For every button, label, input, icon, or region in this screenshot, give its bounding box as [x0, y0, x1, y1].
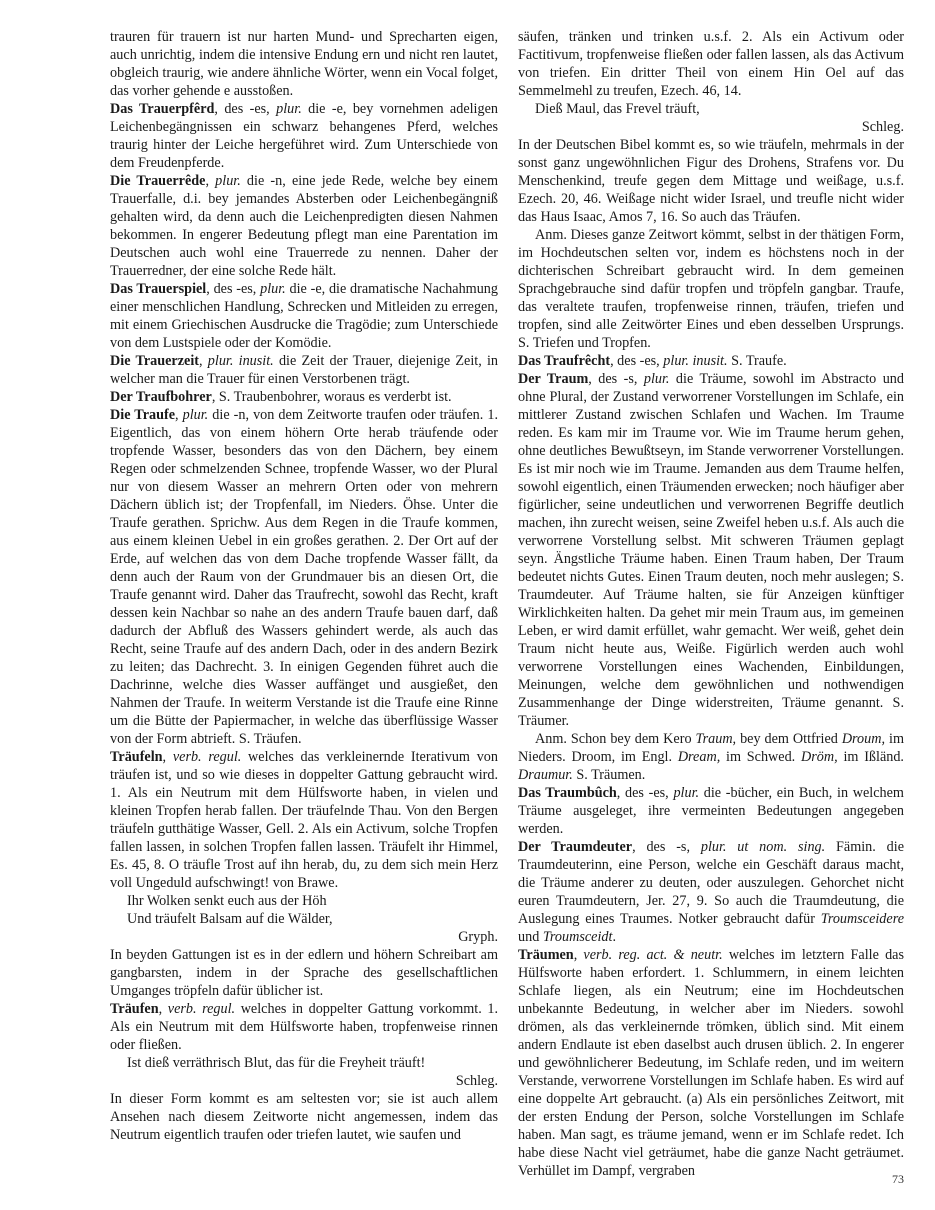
headword: Das Trauerpfêrd: [110, 101, 214, 117]
grammar-note: verb. regul.: [173, 749, 241, 765]
grammar-note: plur.: [260, 281, 286, 297]
verse-line: Und träufelt Balsam auf die Wälder,: [110, 910, 498, 928]
headword: Die Trauerzeit: [110, 353, 199, 369]
paragraph: In dieser Form kommt es am seltesten vor…: [110, 1090, 498, 1144]
headword: Der Traumdeuter: [518, 839, 632, 855]
left-column: trauren für trauern ist nur harten Mund-…: [110, 28, 498, 1144]
verse-attribution: Schleg.: [110, 1072, 498, 1090]
headword: Träumen: [518, 947, 574, 963]
grammar-note: verb. reg. act. & neutr.: [583, 947, 722, 963]
grammar-note: plur. inusit.: [208, 353, 274, 369]
headword: Die Trauerrêde: [110, 173, 205, 189]
entry-trauerzeit: Die Trauerzeit, plur. inusit. die Zeit d…: [110, 352, 498, 388]
headword: Träufeln: [110, 749, 163, 765]
headword: Das Traumbûch: [518, 785, 617, 801]
headword: Der Traufbohrer: [110, 389, 212, 405]
headword: Träufen: [110, 1001, 159, 1017]
continuation-paragraph: trauren für trauern ist nur harten Mund-…: [110, 28, 498, 100]
entry-traufrecht: Das Traufrêcht, des -es, plur. inusit. S…: [518, 352, 904, 370]
continuation-paragraph: säufen, tränken und trinken u.s.f. 2. Al…: [518, 28, 904, 100]
grammar-note: plur.: [276, 101, 302, 117]
entry-traeumen: Träumen, verb. reg. act. & neutr. welche…: [518, 946, 904, 1180]
paragraph: In der Deutschen Bibel kommt es, so wie …: [518, 136, 904, 226]
page-number: 73: [892, 1170, 904, 1188]
annotation-paragraph: Anm. Dieses ganze Zeitwort kömmt, selbst…: [518, 226, 904, 352]
verse-attribution: Gryph.: [110, 928, 498, 946]
grammar-note: plur.: [183, 407, 209, 423]
annotation-paragraph: Anm. Schon bey dem Kero Traum, bey dem O…: [518, 730, 904, 784]
headword: Die Traufe: [110, 407, 175, 423]
entry-traumdeuter: Der Traumdeuter, des -s, plur. ut nom. s…: [518, 838, 904, 946]
entry-traeufen: Träufen, verb. regul. welches in doppelt…: [110, 1000, 498, 1054]
verse-attribution: Schleg.: [518, 118, 904, 136]
headword: Das Traufrêcht: [518, 353, 610, 369]
verse-line: Dieß Maul, das Frevel träuft,: [518, 100, 904, 118]
entry-trauerpferd: Das Trauerpfêrd, des -es, plur. die -e, …: [110, 100, 498, 172]
entry-traufbohrer: Der Traufbohrer, S. Traubenbohrer, worau…: [110, 388, 498, 406]
verse-line: Ihr Wolken senkt euch aus der Höh: [110, 892, 498, 910]
headword: Das Trauerspiel: [110, 281, 206, 297]
entry-traufe: Die Traufe, plur. die -n, von dem Zeitwo…: [110, 406, 498, 748]
verse-line: Ist dieß verräthrisch Blut, das für die …: [110, 1054, 498, 1072]
grammar-note: plur. inusit.: [663, 353, 727, 369]
headword: Der Traum: [518, 371, 588, 387]
grammar-note: plur. ut nom. sing.: [701, 839, 825, 855]
dictionary-page: trauren für trauern ist nur harten Mund-…: [0, 0, 935, 1210]
entry-trauerspiel: Das Trauerspiel, des -es, plur. die -e, …: [110, 280, 498, 352]
right-column: säufen, tränken und trinken u.s.f. 2. Al…: [518, 28, 904, 1180]
entry-traumbuch: Das Traumbûch, des -es, plur. die -büche…: [518, 784, 904, 838]
grammar-note: plur.: [644, 371, 670, 387]
grammar-note: plur.: [673, 785, 699, 801]
grammar-note: verb. regul.: [168, 1001, 235, 1017]
entry-traum: Der Traum, des -s, plur. die Träume, sow…: [518, 370, 904, 730]
paragraph: In beyden Gattungen ist es in der edlern…: [110, 946, 498, 1000]
entry-trauerrede: Die Trauerrêde, plur. die -n, eine jede …: [110, 172, 498, 280]
grammar-note: plur.: [215, 173, 241, 189]
entry-traeufeln: Träufeln, verb. regul. welches das verkl…: [110, 748, 498, 892]
